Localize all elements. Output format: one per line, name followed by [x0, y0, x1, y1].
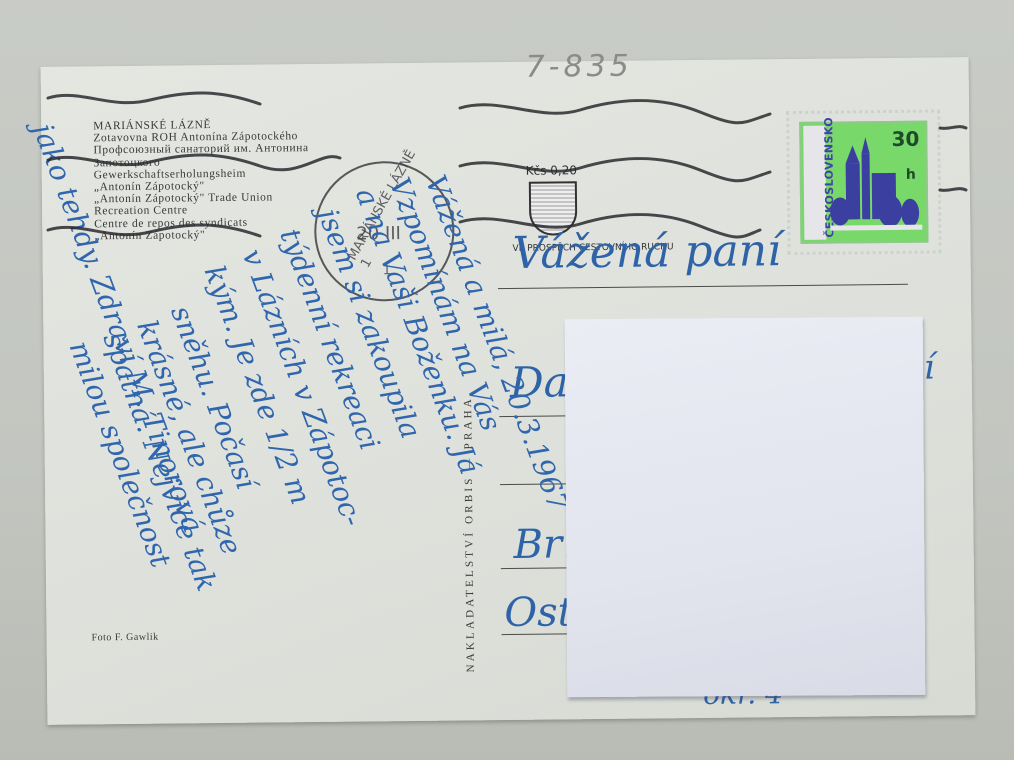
- postage-stamp: ČESKOSLOVENSKO 30 h: [786, 109, 941, 255]
- caption-line: Профсоюзный санаторий им. Антонина: [93, 142, 308, 156]
- stamp-unit: h: [906, 167, 916, 183]
- address-salutation: Vážená paní: [512, 225, 781, 279]
- photo-credit: Foto F. Gawlik: [92, 632, 159, 644]
- printed-caption: MARIÁNSKÉ LÁZNĚ Zotavovna ROH Antonína Z…: [93, 118, 310, 242]
- address-name-tail: í: [924, 348, 935, 388]
- address-line-1: [498, 284, 908, 289]
- cachet-price: Kčs 0,20: [526, 163, 577, 178]
- reference-number: 7-835: [525, 49, 633, 85]
- stamp-value: 30: [891, 127, 919, 151]
- sticky-note: [565, 317, 926, 697]
